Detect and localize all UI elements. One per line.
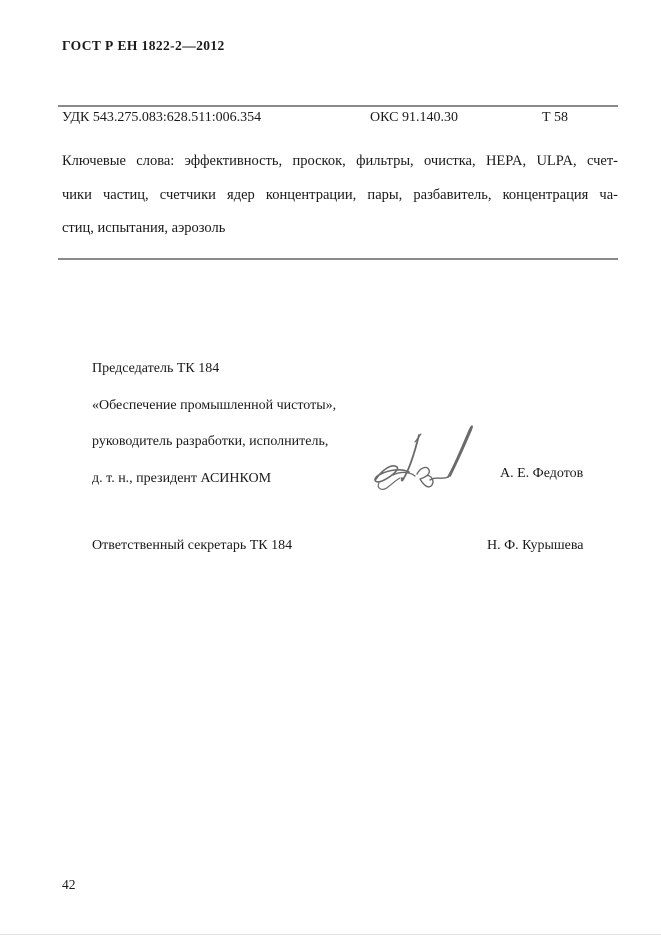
document-page: ГОСТ Р ЕН 1822-2—2012 УДК 543.275.083:62… [0, 0, 661, 935]
document-header: ГОСТ Р ЕН 1822-2—2012 [62, 38, 225, 54]
chairman-block: Председатель ТК 184 «Обеспечение промышл… [92, 351, 336, 497]
keywords-line-3: стиц, испытания, аэрозоль [62, 212, 618, 246]
chairman-line-1: Председатель ТК 184 [92, 351, 336, 388]
horizontal-rule-top [58, 105, 618, 107]
t-code: Т 58 [542, 110, 568, 126]
signature-image [366, 416, 478, 505]
chairman-line-2: «Обеспечение промышленной чистоты», [92, 388, 336, 425]
udk-code: УДК 543.275.083:628.511:006.354 [62, 110, 261, 126]
secretary-name: Н. Ф. Курышева [487, 538, 584, 554]
keywords-line-1: Ключевые слова: эффективность, проскок, … [62, 145, 618, 179]
chairman-line-3: руководитель разработки, исполнитель, [92, 424, 336, 461]
oks-code: ОКС 91.140.30 [370, 110, 458, 126]
chairman-line-4: д. т. н., президент АСИНКОМ [92, 461, 336, 498]
keywords-line-2: чики частиц, счетчики ядер концентрации,… [62, 179, 618, 213]
horizontal-rule-bottom [58, 258, 618, 260]
keywords-paragraph: Ключевые слова: эффективность, проскок, … [62, 145, 618, 246]
chairman-name: А. Е. Федотов [500, 466, 583, 482]
page-number: 42 [62, 877, 76, 893]
secretary-title: Ответственный секретарь ТК 184 [92, 538, 292, 554]
